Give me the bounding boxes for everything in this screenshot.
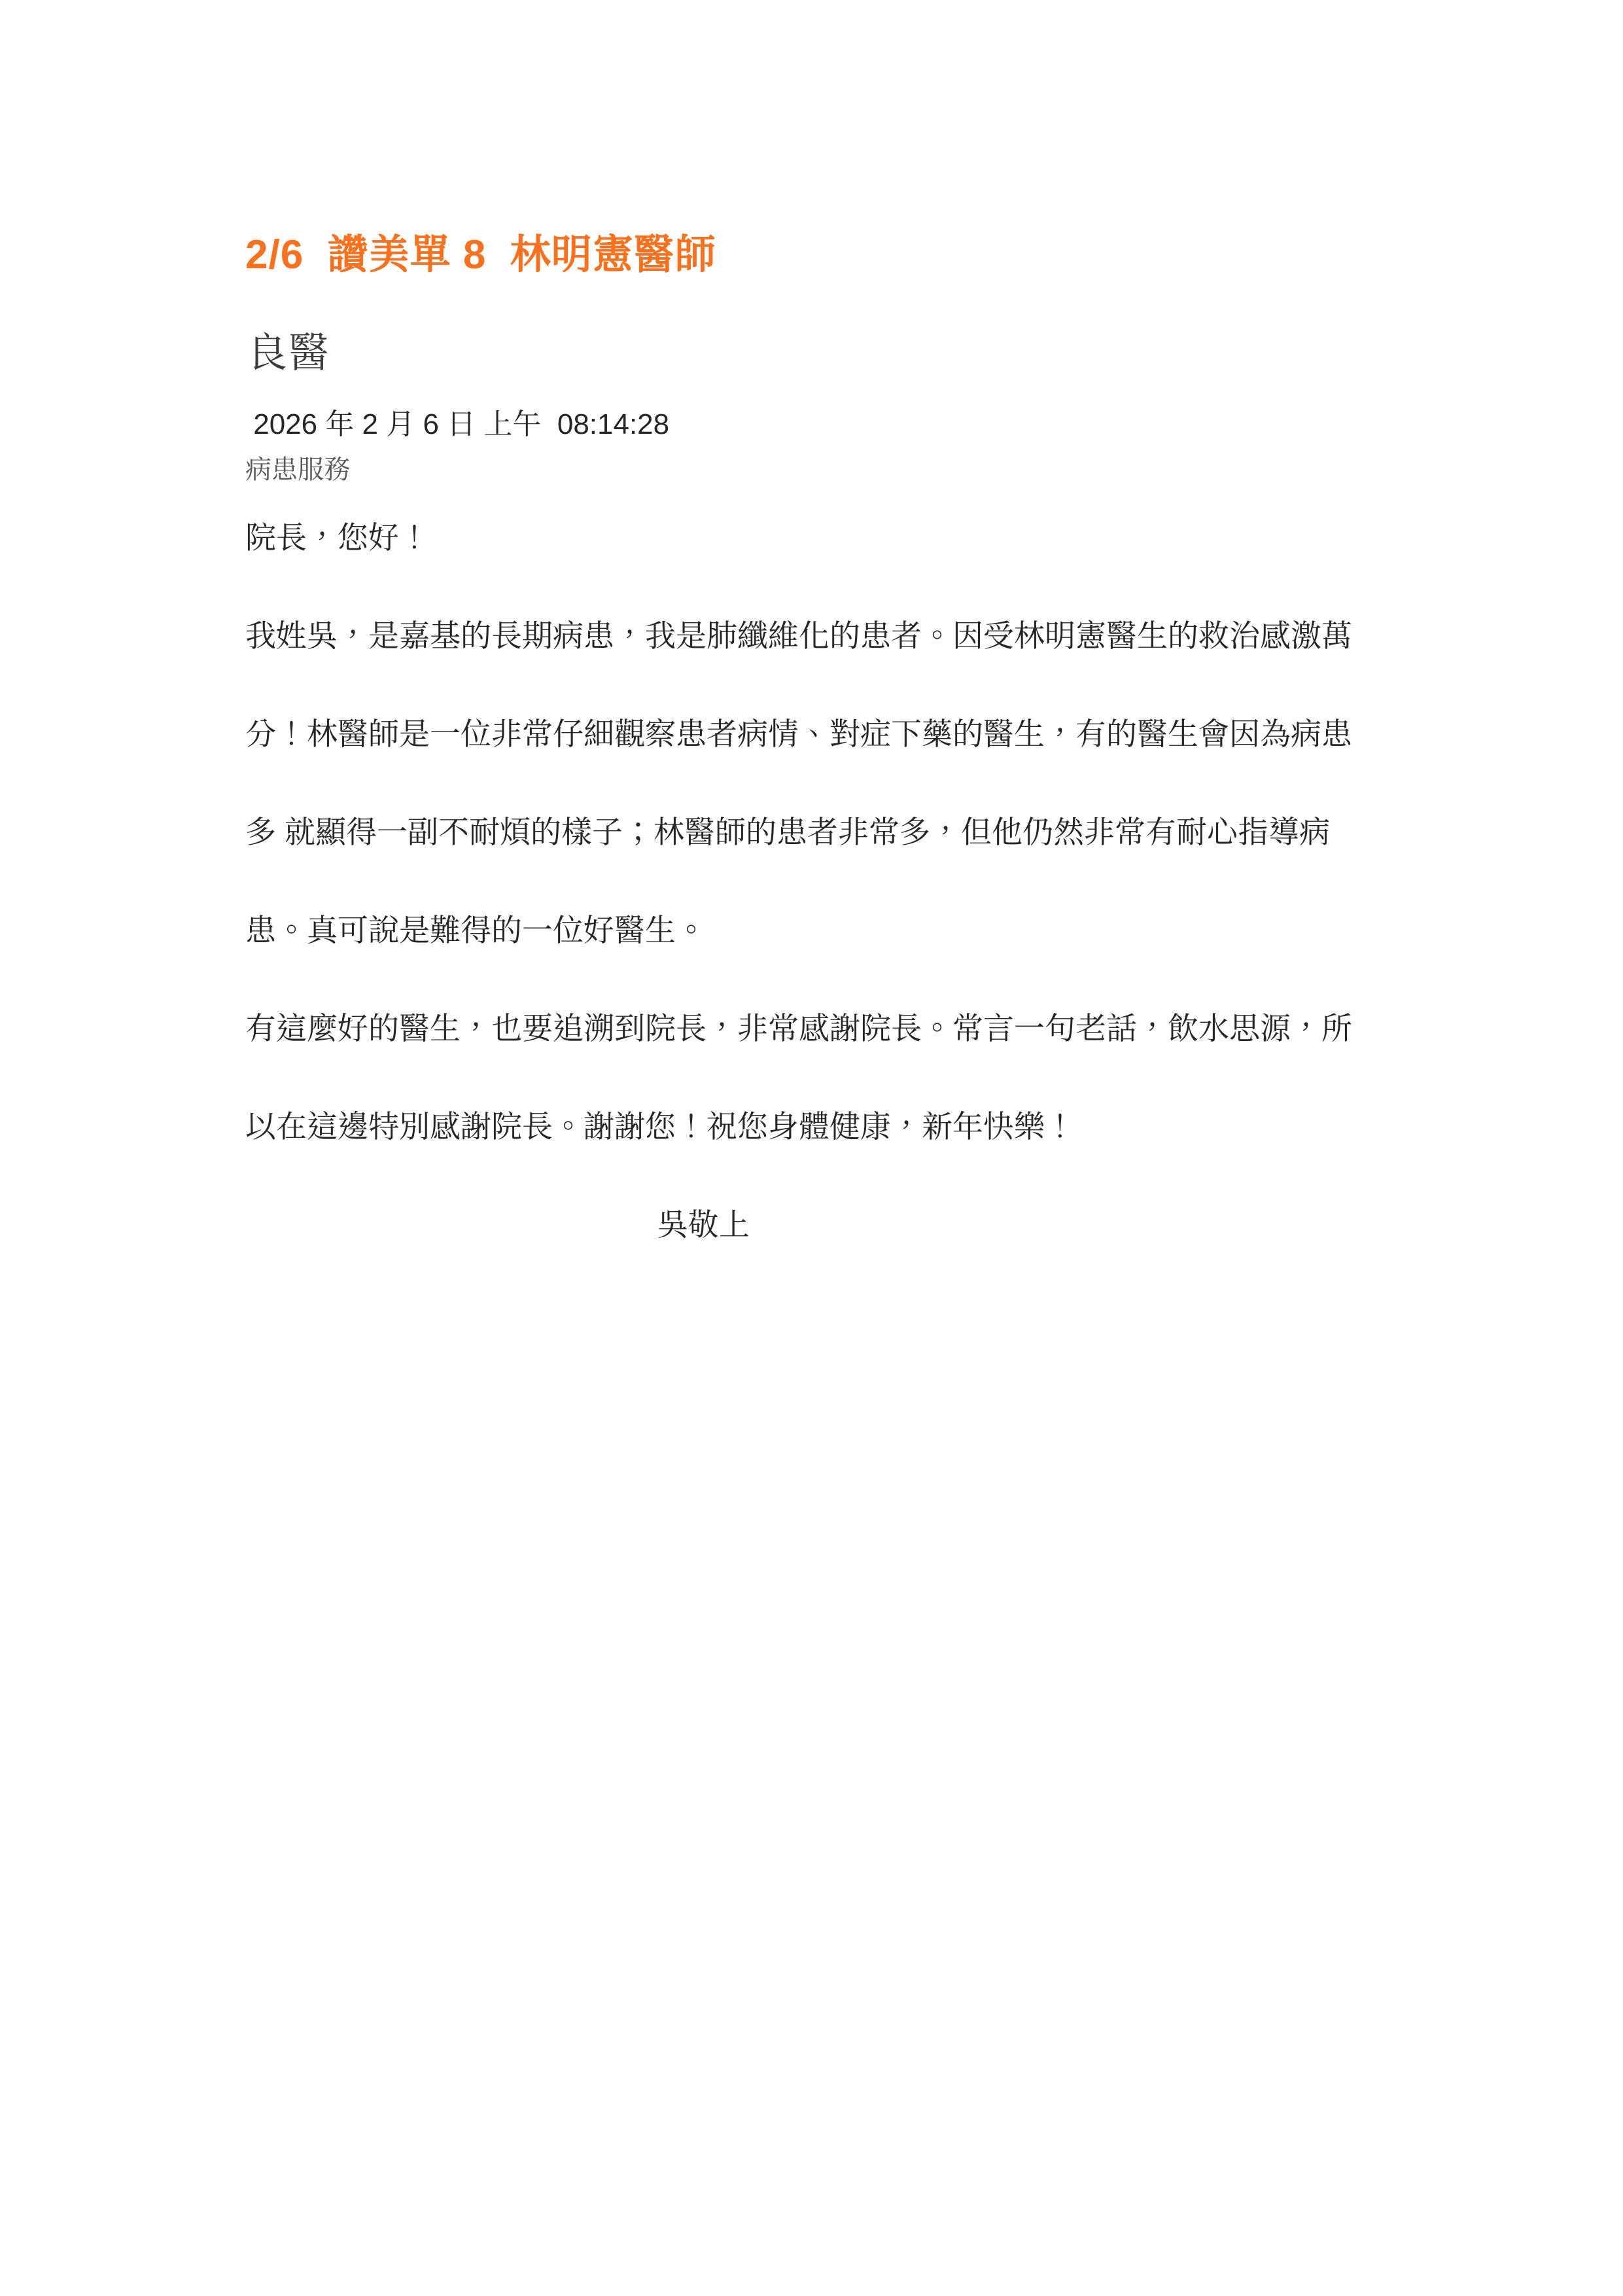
letter-body: 院長，您好！ 我姓吳，是嘉基的長期病患，我是肺纖維化的患者。因受林明憲醫生的救治… — [245, 521, 1416, 1306]
document-page: 2/6 讚美單 8 林明憲醫師 良醫 2026 年 2 月 6 日 上午 08:… — [0, 0, 1623, 2296]
report-heading: 2/6 讚美單 8 林明憲醫師 — [245, 222, 716, 280]
signature-line: 吳敬上 — [245, 1208, 1416, 1306]
body-line-6: 以在這邊特別感謝院長。謝謝您！祝您身體健康，新年快樂！ — [245, 1110, 1416, 1208]
body-line-4: 患。真可說是難得的一位好醫生。 — [245, 913, 1416, 1012]
report-category: 病患服務 — [245, 449, 350, 486]
body-line-2: 分！林醫師是一位非常仔細觀察患者病情、對症下藥的醫生，有的醫生會因為病患 — [245, 717, 1416, 815]
report-datetime: 2026 年 2 月 6 日 上午 08:14:28 — [245, 400, 669, 442]
report-title: 良醫 — [247, 320, 330, 378]
greeting-line: 院長，您好！ — [245, 521, 1416, 619]
body-line-1: 我姓吳，是嘉基的長期病患，我是肺纖維化的患者。因受林明憲醫生的救治感激萬 — [245, 619, 1416, 717]
body-line-3: 多 就顯得一副不耐煩的樣子；林醫師的患者非常多，但他仍然非常有耐心指導病 — [245, 815, 1416, 913]
body-line-5: 有這麼好的醫生，也要追溯到院長，非常感謝院長。常言一句老話，飲水思源，所 — [245, 1012, 1416, 1110]
